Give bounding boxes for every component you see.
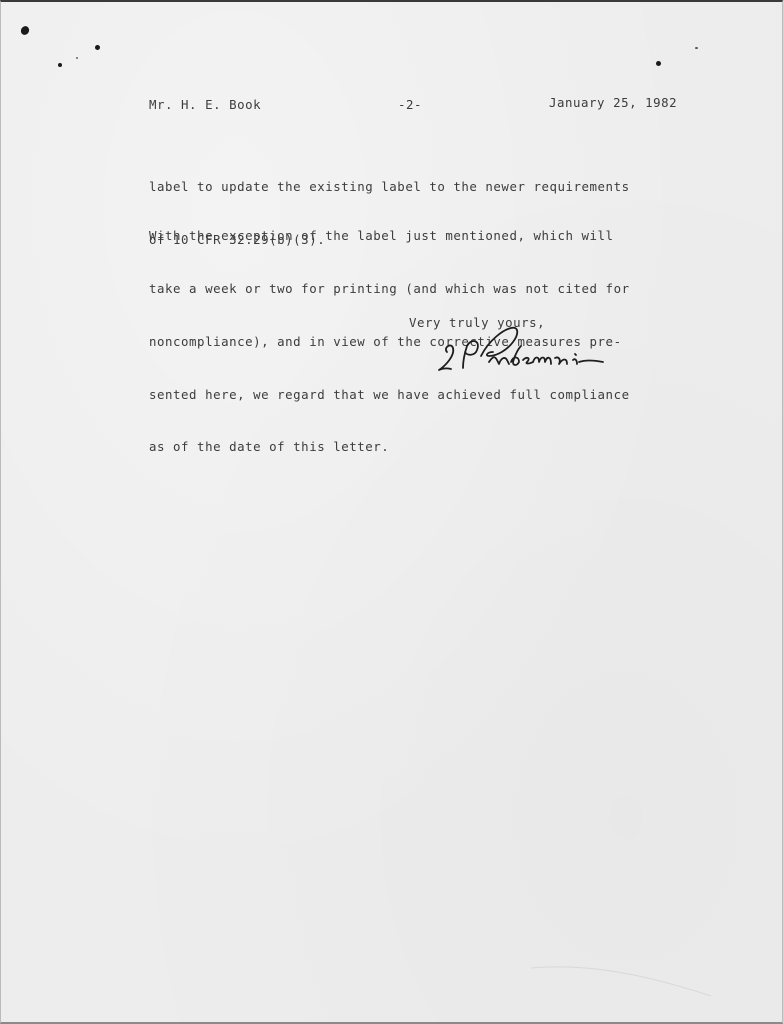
paper-crease	[521, 962, 721, 1002]
document-page: Mr. H. E. Book -2- January 25, 1982 labe…	[0, 0, 783, 1024]
scan-speck	[95, 45, 100, 50]
scan-speck	[58, 63, 62, 67]
paragraph-line: take a week or two for printing (and whi…	[149, 280, 630, 298]
scan-speck	[695, 47, 698, 49]
scan-speck	[76, 57, 78, 59]
paragraph-line: With the exception of the label just men…	[149, 227, 630, 245]
page-number: -2-	[398, 96, 422, 114]
scan-speck	[19, 25, 30, 37]
letter-date: January 25, 1982	[549, 94, 677, 112]
recipient-name: Mr. H. E. Book	[149, 96, 261, 114]
scan-speck	[656, 61, 661, 66]
paragraph-line: as of the date of this letter.	[149, 438, 630, 456]
handwritten-signature	[433, 322, 633, 378]
paragraph-line: sented here, we regard that we have achi…	[149, 386, 630, 404]
